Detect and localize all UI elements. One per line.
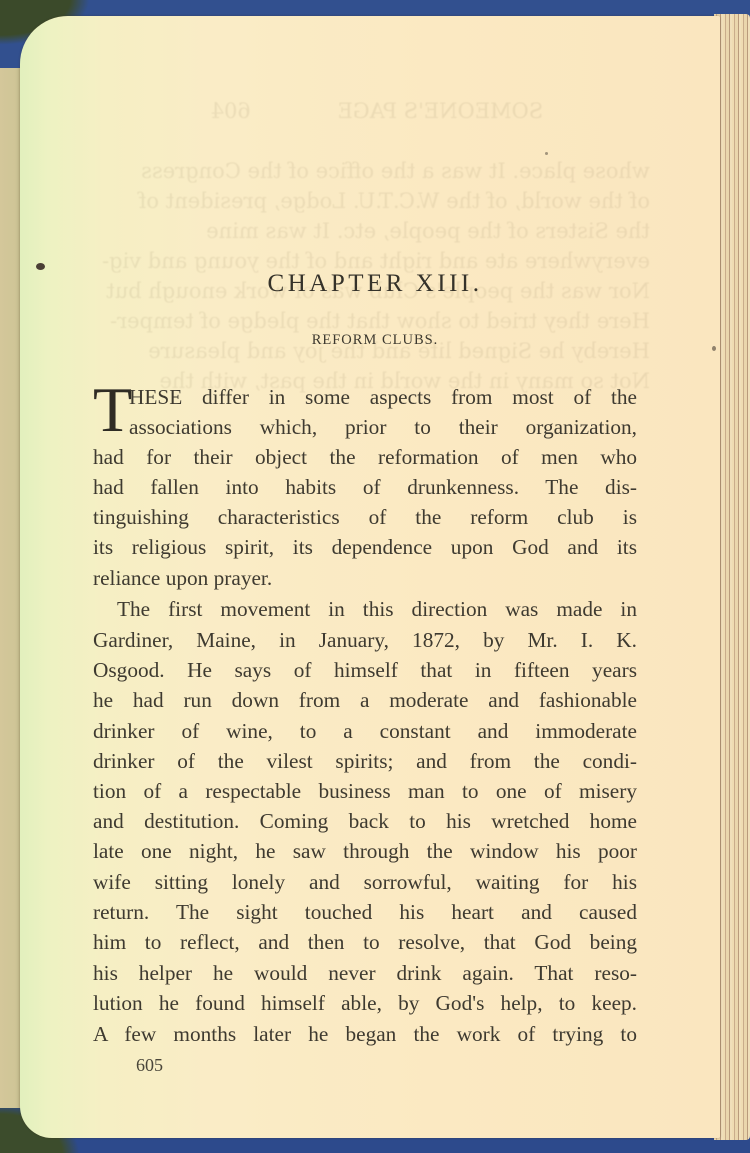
facing-page-gutter bbox=[0, 68, 22, 1108]
text-line: associations which, prior to their organ… bbox=[93, 412, 637, 442]
text-line: lution he found himself able, by God's h… bbox=[93, 988, 637, 1018]
text-line: reliance upon prayer. bbox=[93, 563, 637, 593]
text-line: tinguishing characteristics of the refor… bbox=[93, 502, 637, 532]
page-number: 605 bbox=[136, 1055, 163, 1076]
text-line: Osgood. He says of himself that in fifte… bbox=[93, 655, 637, 685]
text-line: he had run down from a moderate and fash… bbox=[93, 685, 637, 715]
text-line: him to reflect, and then to resolve, tha… bbox=[93, 927, 637, 957]
paper-blemish bbox=[36, 263, 45, 270]
section-title: REFORM CLUBS. bbox=[93, 332, 637, 349]
paper-blemish bbox=[545, 152, 548, 155]
text-line: tion of a respectable business man to on… bbox=[93, 776, 637, 806]
text-line: had fallen into habits of drunkenness. T… bbox=[93, 472, 637, 502]
text-line: return. The sight touched his heart and … bbox=[93, 897, 637, 927]
bleed-through-texture: SOMEONE'S PAGE 604 whose place. It was a… bbox=[90, 96, 650, 396]
text-line: wife sitting lonely and sorrowful, waiti… bbox=[93, 867, 637, 897]
text-line: drinker of wine, to a constant and immod… bbox=[93, 716, 637, 746]
book-page: SOMEONE'S PAGE 604 whose place. It was a… bbox=[20, 16, 720, 1138]
text-line: his helper he would never drink again. T… bbox=[93, 958, 637, 988]
text-line: Gardiner, Maine, in January, 1872, by Mr… bbox=[93, 625, 637, 655]
text-line: drinker of the vilest spirits; and from … bbox=[93, 746, 637, 776]
book-photo: SOMEONE'S PAGE 604 whose place. It was a… bbox=[0, 0, 750, 1153]
text-line: A few months later he began the work of … bbox=[93, 1019, 637, 1049]
text-line: its religious spirit, its dependence upo… bbox=[93, 532, 637, 562]
text-line: The first movement in this direction was… bbox=[93, 594, 637, 624]
text-line: had for their object the reformation of … bbox=[93, 442, 637, 472]
text-line: and destitution. Coming back to his wret… bbox=[93, 806, 637, 836]
text-line: late one night, he saw through the windo… bbox=[93, 836, 637, 866]
paper-blemish bbox=[712, 346, 716, 351]
text-line: HESE differ in some aspects from most of… bbox=[93, 382, 637, 412]
chapter-title: CHAPTER XIII. bbox=[93, 270, 637, 298]
